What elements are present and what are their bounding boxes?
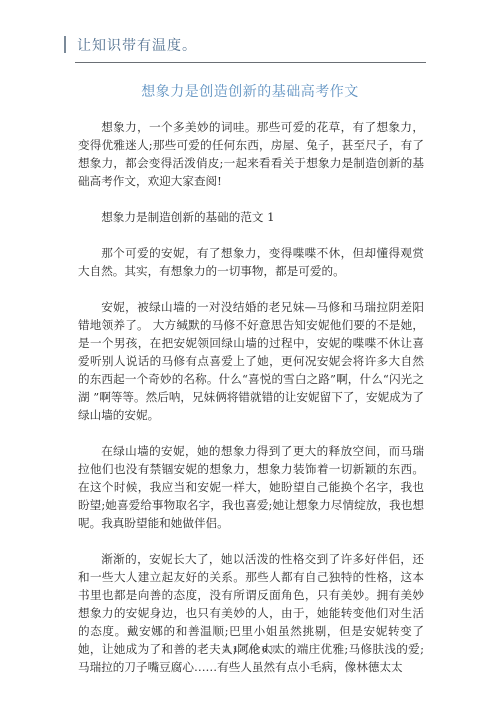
document-title: 想象力是创造创新的基础高考作文 (0, 81, 500, 101)
body-paragraph: 在绿山墙的安妮，她的想象力得到了更大的释放空间，而马瑞拉他们也没有禁锢安妮的想象… (78, 442, 424, 532)
body-paragraph: 安妮，被绿山墙的一对没结婚的老兄妹—马修和马瑞拉阴差阳错地领养了。 大方缄默的马… (78, 298, 424, 424)
footer-suffix: 页 (267, 645, 278, 654)
header-slogan: 让知识带有温度。 (77, 35, 197, 55)
body-paragraph: 渐渐的，安妮长大了，她以活泼的性格交到了许多好伴侣，还和一些大人建立起友好的关系… (78, 550, 424, 676)
intro-paragraph: 想象力，一个多美妙的词哇。那些可爱的花草，有了想象力，变得优雅迷人;那些可爱的任… (78, 118, 424, 190)
page-footer: 第 1 页/共 6 页 (0, 644, 500, 655)
header-accent-bar (64, 36, 66, 53)
document-body: 想象力，一个多美妙的词哇。那些可爱的花草，有了想象力，变得优雅迷人;那些可爱的任… (78, 118, 424, 676)
header-divider (75, 62, 426, 63)
footer-middle: 页/共 (238, 645, 262, 654)
section-heading: 想象力是制造创新的基础的范文 1 (78, 208, 424, 226)
footer-prefix: 第 (222, 645, 233, 654)
body-paragraph: 那个可爱的安妮，有了想象力，变得喋喋不休，但却懂得观赏大自然。其实，有想象力的一… (78, 244, 424, 280)
